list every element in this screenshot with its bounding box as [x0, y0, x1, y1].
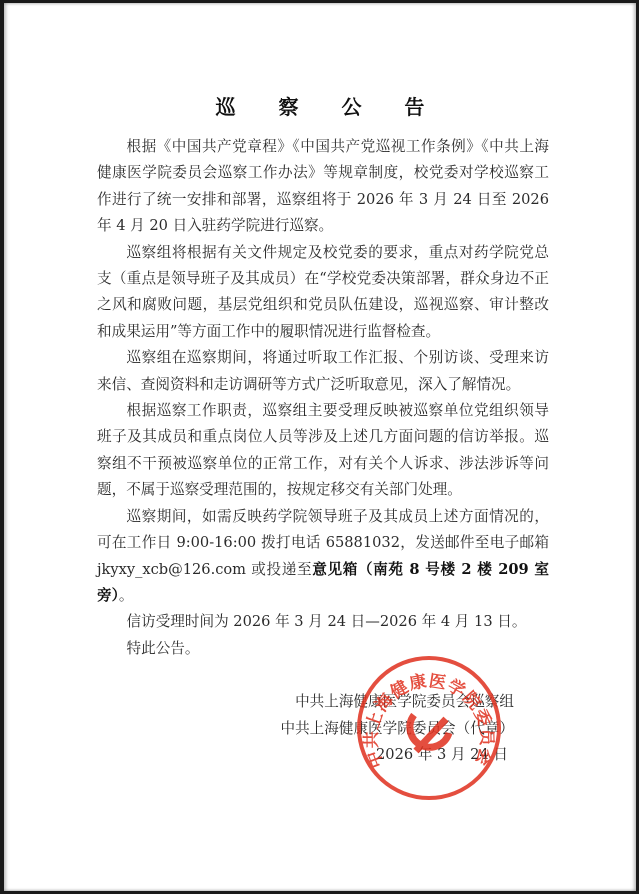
contact-email: jkyxy_xcb@126.com [97, 561, 246, 578]
signature-line-1: 中共上海健康医学院委员会巡察组 [280, 689, 514, 716]
paragraph-focus: 巡察组将根据有关文件规定及校党委的要求，重点对药学院党总支（重点是领导班子及其成… [97, 240, 549, 346]
paragraph-petition-period: 信访受理时间为 2026 年 3 月 24 日—2026 年 4 月 13 日。 [97, 609, 549, 635]
paragraph-scope: 根据巡察工作职责，巡察组主要受理反映被巡察单位党组织领导班子及其成员和重点岗位人… [97, 398, 549, 504]
document-page: 巡 察 公 告 根据《中国共产党章程》《中国共产党巡视工作条例》《中共上海健康医… [4, 3, 636, 891]
document-body: 根据《中国共产党章程》《中国共产党巡视工作条例》《中共上海健康医学院委员会巡察工… [97, 134, 549, 662]
paragraph-contact: 巡察期间，如需反映药学院领导班子及其成员上述方面情况的，可在工作日 9:00-1… [97, 504, 549, 610]
paragraph-basis: 根据《中国共产党章程》《中国共产党巡视工作条例》《中共上海健康医学院委员会巡察工… [97, 134, 549, 240]
signature-date: 2026 年 3 月 24 日 [280, 742, 514, 769]
paragraph-closing: 特此公告。 [97, 636, 549, 662]
signature-block: 中共上海健康医学院委员会巡察组 中共上海健康医学院委员会（代章） 2026 年 … [280, 689, 514, 769]
signature-line-2: 中共上海健康医学院委员会（代章） [280, 716, 514, 743]
paragraph-methods: 巡察组在巡察期间，将通过听取工作汇报、个别访谈、受理来访来信、查阅资料和走访调研… [97, 345, 549, 398]
page-title: 巡 察 公 告 [4, 91, 636, 120]
contact-mid2: 或投递至 [246, 561, 312, 578]
contact-phone: 65881032 [326, 534, 400, 551]
contact-mid: ，发送邮件至电子邮箱 [400, 534, 549, 551]
contact-end: 。 [119, 587, 134, 604]
